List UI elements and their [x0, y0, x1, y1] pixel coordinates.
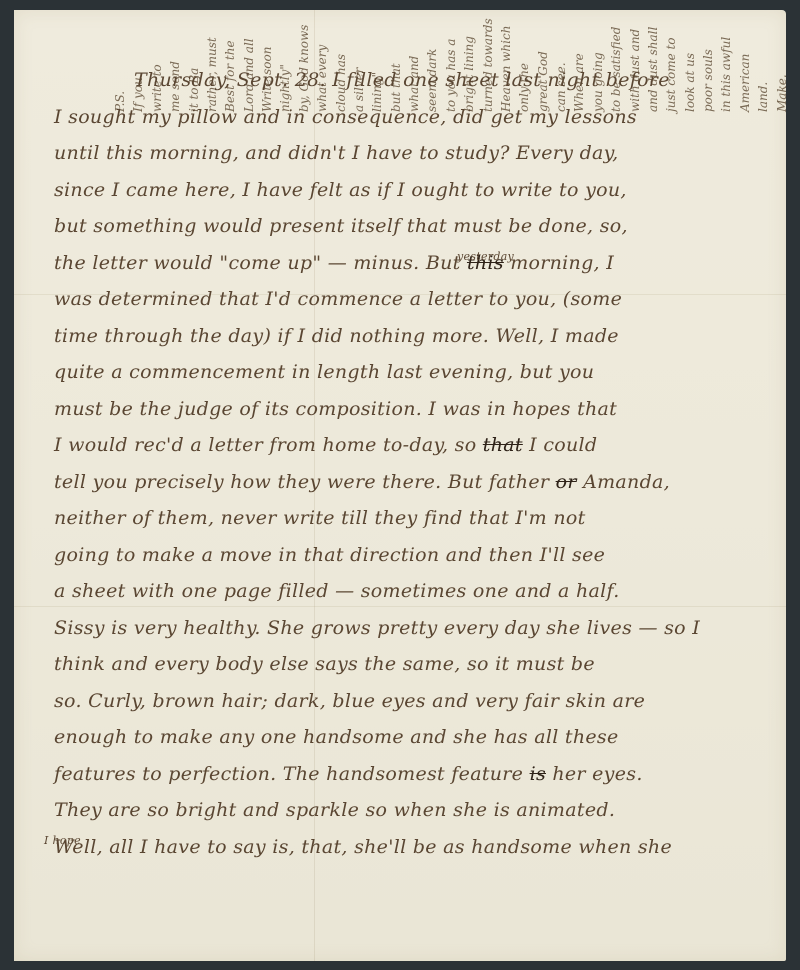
letter-line: They are so bright and sparkle so when s…: [54, 792, 796, 829]
letter-line: so. Curly, brown hair; dark, blue eyes a…: [54, 683, 796, 720]
line-text: I could: [523, 434, 598, 456]
letter-line: quite a commencement in length last even…: [54, 354, 796, 391]
line-text: Well, all I have to say is, that, she'll…: [54, 836, 672, 858]
letter-body: Thursday, Sept. 28. I filled one sheet l…: [54, 62, 796, 865]
line-text: I sought my pillow and in consequence, d…: [54, 106, 637, 128]
line-text: the letter would "come up" — minus. But: [54, 252, 467, 274]
line-text: Amanda,: [577, 471, 670, 493]
letter-line: I sought my pillow and in consequence, d…: [54, 99, 796, 136]
letter-line: I would rec'd a letter from home to-day,…: [54, 427, 796, 464]
letter-line: enough to make any one handsome and she …: [54, 719, 796, 756]
letter-line: the letter would "come up" — minus. But …: [54, 245, 796, 282]
struck-word: is: [530, 763, 546, 785]
letter-line: tell you precisely how they were there. …: [54, 464, 796, 501]
line-text: until this morning, and didn't I have to…: [54, 142, 619, 164]
line-text: think and every body else says the same,…: [54, 653, 595, 675]
letter-line: but something would present itself that …: [54, 208, 796, 245]
letter-line: time through the day) if I did nothing m…: [54, 318, 796, 355]
line-text: but something would present itself that …: [54, 215, 628, 237]
letter-line: must be the judge of its composition. I …: [54, 391, 796, 428]
line-text: a sheet with one page filled — sometimes…: [54, 580, 620, 602]
line-text: going to make a move in that direction a…: [54, 544, 605, 566]
letter-line: was determined that I'd commence a lette…: [54, 281, 796, 318]
line-text: quite a commencement in length last even…: [54, 361, 594, 383]
line-text: Sissy is very healthy. She grows pretty …: [54, 617, 700, 639]
letter-line: Thursday, Sept. 28. I filled one sheet l…: [54, 62, 796, 99]
letter-line: Well, all I have to say is, that, she'll…: [54, 829, 796, 866]
line-text: time through the day) if I did nothing m…: [54, 325, 619, 347]
letter-line: until this morning, and didn't I have to…: [54, 135, 796, 172]
line-text: Thursday, Sept. 28. I filled one sheet l…: [134, 69, 670, 91]
letter-page: P.S.If youwrite tome sendit to Barather,…: [14, 10, 786, 961]
letter-line: think and every body else says the same,…: [54, 646, 796, 683]
interlinear-insertion: I hope: [44, 823, 81, 859]
line-text: They are so bright and sparkle so when s…: [54, 799, 615, 821]
line-text: so. Curly, brown hair; dark, blue eyes a…: [54, 690, 645, 712]
line-text: since I came here, I have felt as if I o…: [54, 179, 627, 201]
line-text: her eyes.: [546, 763, 643, 785]
line-text: I would rec'd a letter from home to-day,…: [54, 434, 483, 456]
interlinear-insertion: yesterday: [457, 239, 514, 275]
line-text: tell you precisely how they were there. …: [54, 471, 556, 493]
struck-word: that: [483, 434, 523, 456]
letter-line: features to perfection. The handsomest f…: [54, 756, 796, 793]
line-text: was determined that I'd commence a lette…: [54, 288, 622, 310]
letter-line: Sissy is very healthy. She grows pretty …: [54, 610, 796, 647]
letter-line: going to make a move in that direction a…: [54, 537, 796, 574]
line-text: features to perfection. The handsomest f…: [54, 763, 530, 785]
letter-line: a sheet with one page filled — sometimes…: [54, 573, 796, 610]
line-text: neither of them, never write till they f…: [54, 507, 586, 529]
letter-line: neither of them, never write till they f…: [54, 500, 796, 537]
line-text: morning, I: [504, 252, 614, 274]
line-text: enough to make any one handsome and she …: [54, 726, 619, 748]
struck-word: or: [556, 471, 577, 493]
line-text: must be the judge of its composition. I …: [54, 398, 617, 420]
letter-line: since I came here, I have felt as if I o…: [54, 172, 796, 209]
